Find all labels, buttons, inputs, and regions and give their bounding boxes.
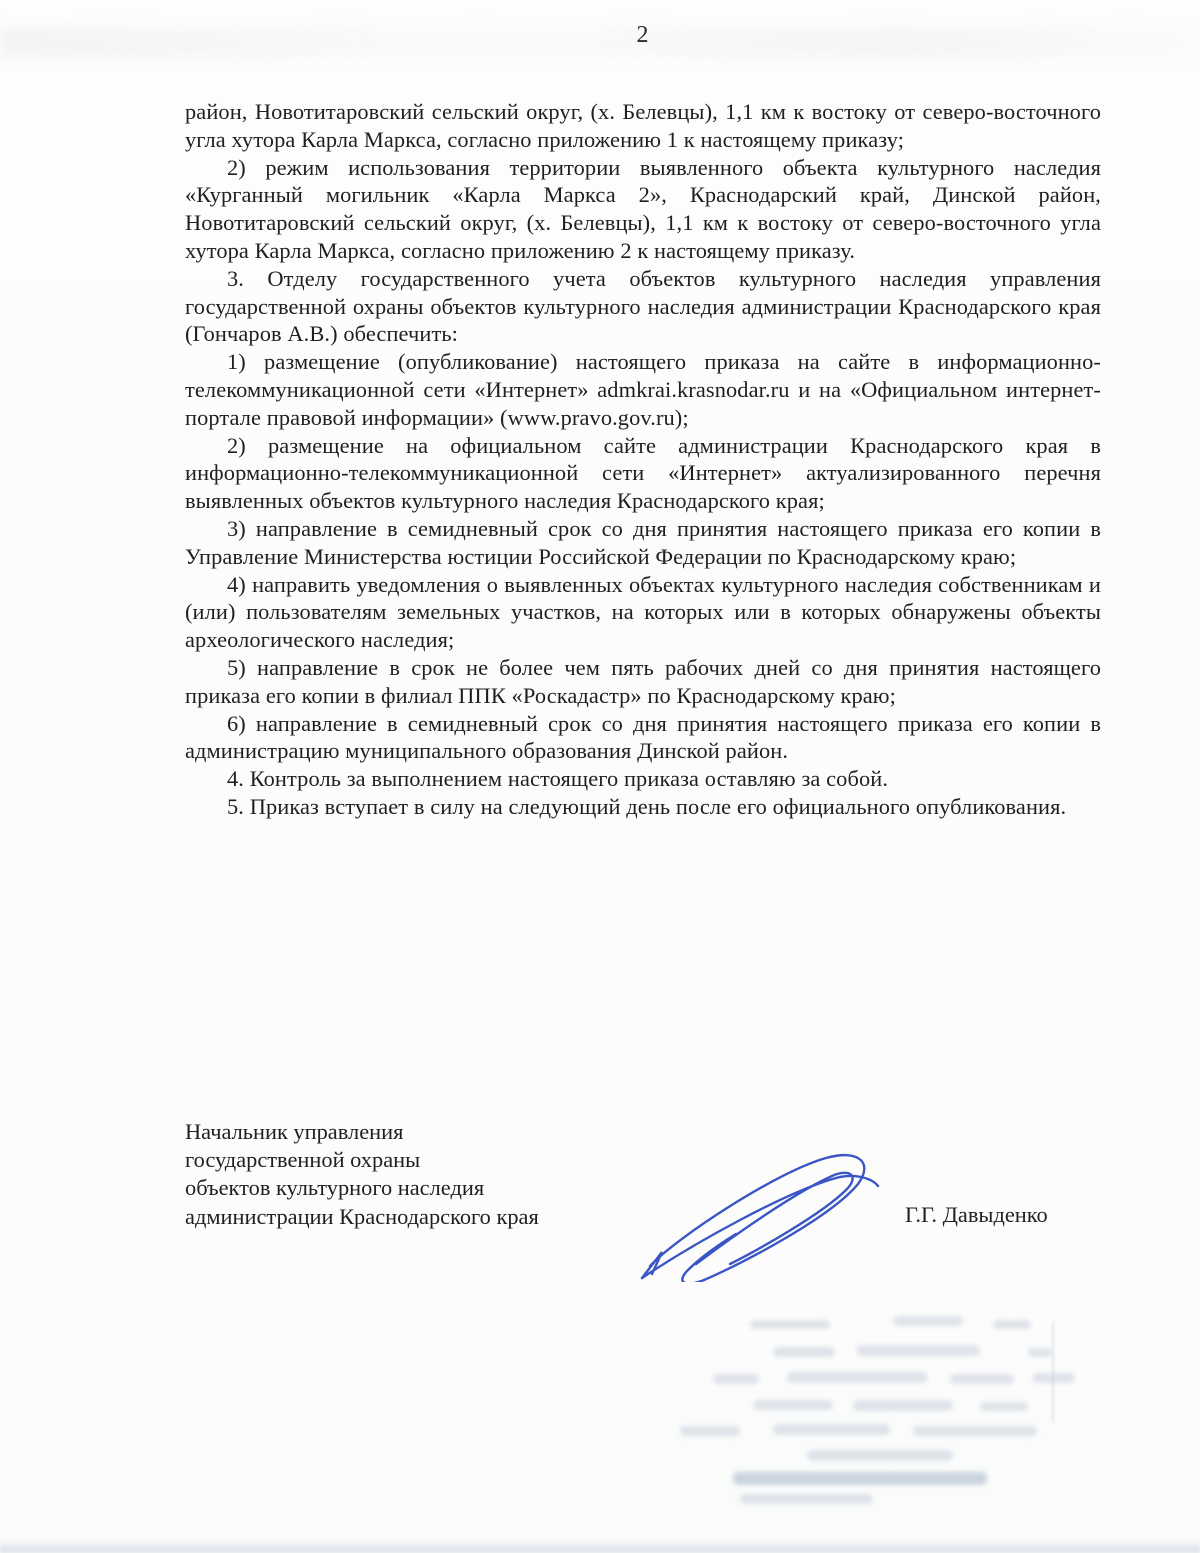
document-body: район, Новотитаровский сельский округ, (… — [185, 98, 1101, 821]
body-paragraph: 5) направление в срок не более чем пять … — [185, 654, 1101, 710]
body-paragraph: 6) направление в семидневный срок со дня… — [185, 710, 1101, 766]
scan-edge-shadow — [0, 1539, 1200, 1553]
handwritten-signature — [636, 1146, 888, 1282]
body-paragraph: 5. Приказ вступает в силу на следующий д… — [185, 793, 1101, 821]
signer-name: Г.Г. Давыденко — [905, 1202, 1048, 1228]
body-paragraph: 4) направить уведомления о выявленных об… — [185, 571, 1101, 654]
body-paragraph: 1) размещение (опубликование) настоящего… — [185, 348, 1101, 431]
body-paragraph: 3. Отделу государственного учета объекто… — [185, 265, 1101, 348]
body-paragraph: район, Новотитаровский сельский округ, (… — [185, 98, 1101, 154]
body-paragraph: 4. Контроль за выполнением настоящего пр… — [185, 765, 1101, 793]
signature-title-line: Начальник управления — [185, 1118, 745, 1146]
body-paragraph: 3) направление в семидневный срок со дня… — [185, 515, 1101, 571]
bleed-through-edge-line — [1052, 1322, 1054, 1422]
body-paragraph: 2) размещение на официальном сайте админ… — [185, 432, 1101, 515]
scanned-document-page: 2 район, Новотитаровский сельский округ,… — [0, 0, 1200, 1553]
body-paragraph: 2) режим использования территории выявле… — [185, 154, 1101, 265]
page-number: 2 — [185, 22, 1100, 49]
